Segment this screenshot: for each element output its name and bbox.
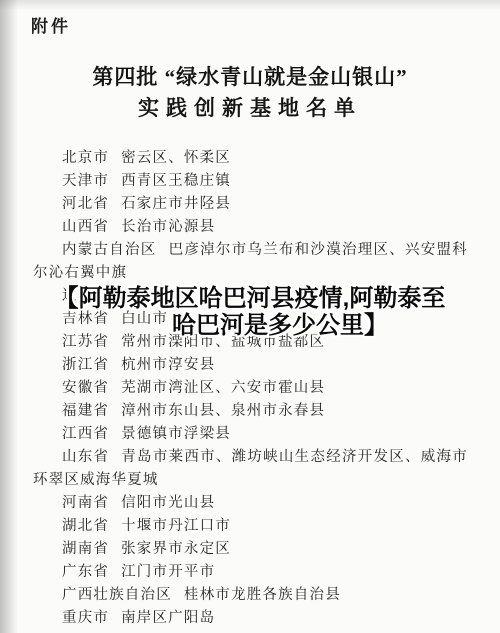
- province-name: 福建省: [62, 403, 109, 419]
- province-name: 广西壮族自治区: [62, 587, 172, 603]
- list-item: 山东省青岛市莱西市、潍坊峡山生态经济开发区、威海市环翠区威海华夏城: [33, 446, 468, 492]
- province-name: 河南省: [62, 495, 109, 511]
- list-item: 福建省漳州市东山县、泉州市永春县: [33, 400, 468, 423]
- base-regions: 南岸区广阳岛: [121, 610, 215, 626]
- caption-line-1: 【阿勒泰地区哈巴河县疫情,阿勒泰至: [55, 285, 446, 312]
- base-regions: 信阳市光山县: [121, 495, 215, 511]
- base-regions: 石家庄市井陉县: [121, 196, 231, 212]
- province-name: 江西省: [62, 426, 109, 442]
- province-name: 内蒙古自治区: [62, 242, 157, 258]
- base-regions: 长治市沁源县: [121, 219, 215, 235]
- province-name: 湖北省: [62, 518, 109, 534]
- province-name: 北京市: [62, 150, 109, 166]
- province-name: 广东省: [62, 564, 109, 580]
- base-regions: 江门市开平市: [121, 564, 215, 580]
- caption-line-2: 哈巴河是多少公里】: [172, 312, 388, 339]
- list-item: 浙江省杭州市淳安县: [33, 354, 468, 377]
- base-regions: 漳州市东山县、泉州市永春县: [121, 403, 325, 419]
- title-line-1: 第四批 “绿水青山就是金山银山”: [0, 62, 500, 93]
- list-item: 重庆市南岸区广阳岛: [33, 607, 468, 630]
- province-name: 山西省: [62, 219, 109, 235]
- province-name: 山东省: [62, 449, 109, 465]
- list-item: 河南省信阳市光山县: [33, 492, 468, 515]
- base-regions: 景德镇市浮梁县: [121, 426, 231, 442]
- base-regions: 桂林市龙胜各族自治县: [184, 587, 341, 603]
- document-title: 第四批 “绿水青山就是金山银山” 实践创新基地名单: [0, 62, 500, 124]
- list-item: 北京市密云区、怀柔区: [33, 147, 468, 170]
- title-line-2: 实践创新基地名单: [0, 93, 500, 124]
- attachment-label: 附件: [31, 12, 71, 37]
- list-item: 江西省景德镇市浮梁县: [33, 423, 468, 446]
- list-item: 广东省江门市开平市: [33, 561, 468, 584]
- base-regions: 杭州市淳安县: [121, 357, 215, 373]
- province-name: 河北省: [62, 196, 109, 212]
- list-item: 山西省长治市沁源县: [33, 216, 468, 239]
- province-name: 湖南省: [62, 541, 109, 557]
- scan-shadow-top: [0, 0, 500, 10]
- base-regions: 密云区、怀柔区: [121, 150, 231, 166]
- base-regions: 芜湖市湾沚区、六安市霍山县: [121, 380, 325, 396]
- list-item: 湖南省张家界市永定区: [33, 538, 468, 561]
- list-item: 安徽省芜湖市湾沚区、六安市霍山县: [33, 377, 468, 400]
- province-name: 重庆市: [62, 610, 109, 626]
- list-item: 河北省石家庄市井陉县: [33, 193, 468, 216]
- province-name: 浙江省: [62, 357, 109, 373]
- base-regions: 西青区王稳庄镇: [121, 173, 231, 189]
- base-regions: 十堰市丹江口市: [121, 518, 231, 534]
- base-list: 北京市密云区、怀柔区天津市西青区王稳庄镇河北省石家庄市井陉县山西省长治市沁源县内…: [33, 147, 468, 630]
- list-item: 内蒙古自治区巴彦淖尔市乌兰布和沙漠治理区、兴安盟科尔沁右翼中旗: [33, 239, 468, 285]
- province-name: 安徽省: [62, 380, 109, 396]
- caption-overlay: 【阿勒泰地区哈巴河县疫情,阿勒泰至 哈巴河是多少公里】: [0, 285, 500, 339]
- base-regions: 张家界市永定区: [121, 541, 231, 557]
- province-name: 天津市: [62, 173, 109, 189]
- list-item: 天津市西青区王稳庄镇: [33, 170, 468, 193]
- list-item: 广西壮族自治区桂林市龙胜各族自治县: [33, 584, 468, 607]
- scanned-document: 附件 第四批 “绿水青山就是金山银山” 实践创新基地名单 北京市密云区、怀柔区天…: [0, 0, 500, 633]
- list-item: 湖北省十堰市丹江口市: [33, 515, 468, 538]
